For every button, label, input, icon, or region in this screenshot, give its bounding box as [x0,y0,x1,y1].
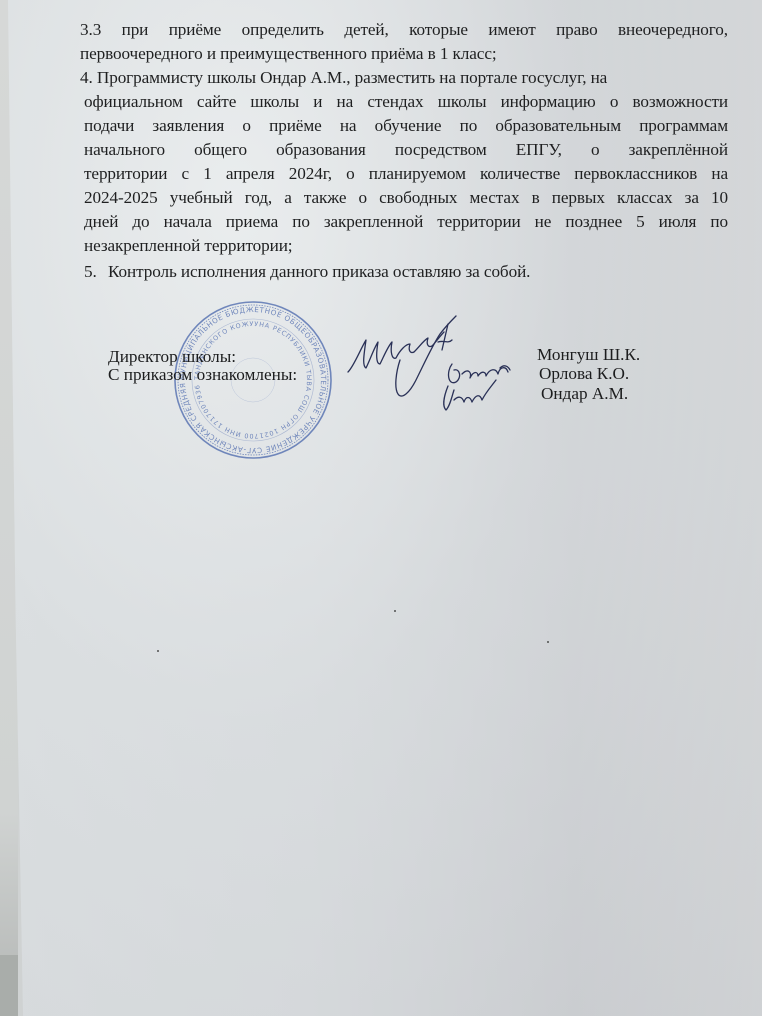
document-body: 3.3 при приёме определить детей, которые… [80,18,728,284]
text-line: первоочередного и преимущественного приё… [80,42,728,66]
text-line: начального общего образования посредство… [80,138,728,162]
text-line: 4. Программисту школы Ондар А.М., размес… [80,66,728,90]
text-line: официальном сайте школы и на стендах шко… [80,90,728,114]
text-line: территории с 1 апреля 2024г, о планируем… [80,162,728,186]
director-label: Директор школы: [108,347,236,367]
text-line: дней до начала приема по закрепленной те… [80,210,728,234]
text-line: 3.3 при приёме определить детей, которые… [80,18,728,42]
paragraph-4: 4. Программисту школы Ондар А.М., размес… [80,66,728,258]
signer-name: Орлова К.О. [539,364,629,384]
paper-speck [547,641,549,643]
signer-name: Ондар А.М. [541,384,628,404]
background-floor [0,955,18,1016]
text-line: 2024-2025 учебный год, а также о свободн… [80,186,728,210]
text-line: подачи заявления о приёме на обучение по… [80,114,728,138]
signature-icon [340,310,520,420]
item-text: Контроль исполнения данного приказа оста… [108,262,530,281]
acquainted-label: С приказом ознакомлены: [108,365,297,385]
paragraph-3-3: 3.3 при приёме определить детей, которые… [80,18,728,66]
handwritten-signatures [340,310,520,420]
paper-speck [157,650,159,652]
paragraph-5: 5.Контроль исполнения данного приказа ос… [80,260,728,284]
item-number: 5. [84,260,108,284]
text-line: незакрепленной территории; [80,234,728,258]
paper-speck [394,610,396,612]
signer-name: Монгуш Ш.К. [537,345,640,365]
